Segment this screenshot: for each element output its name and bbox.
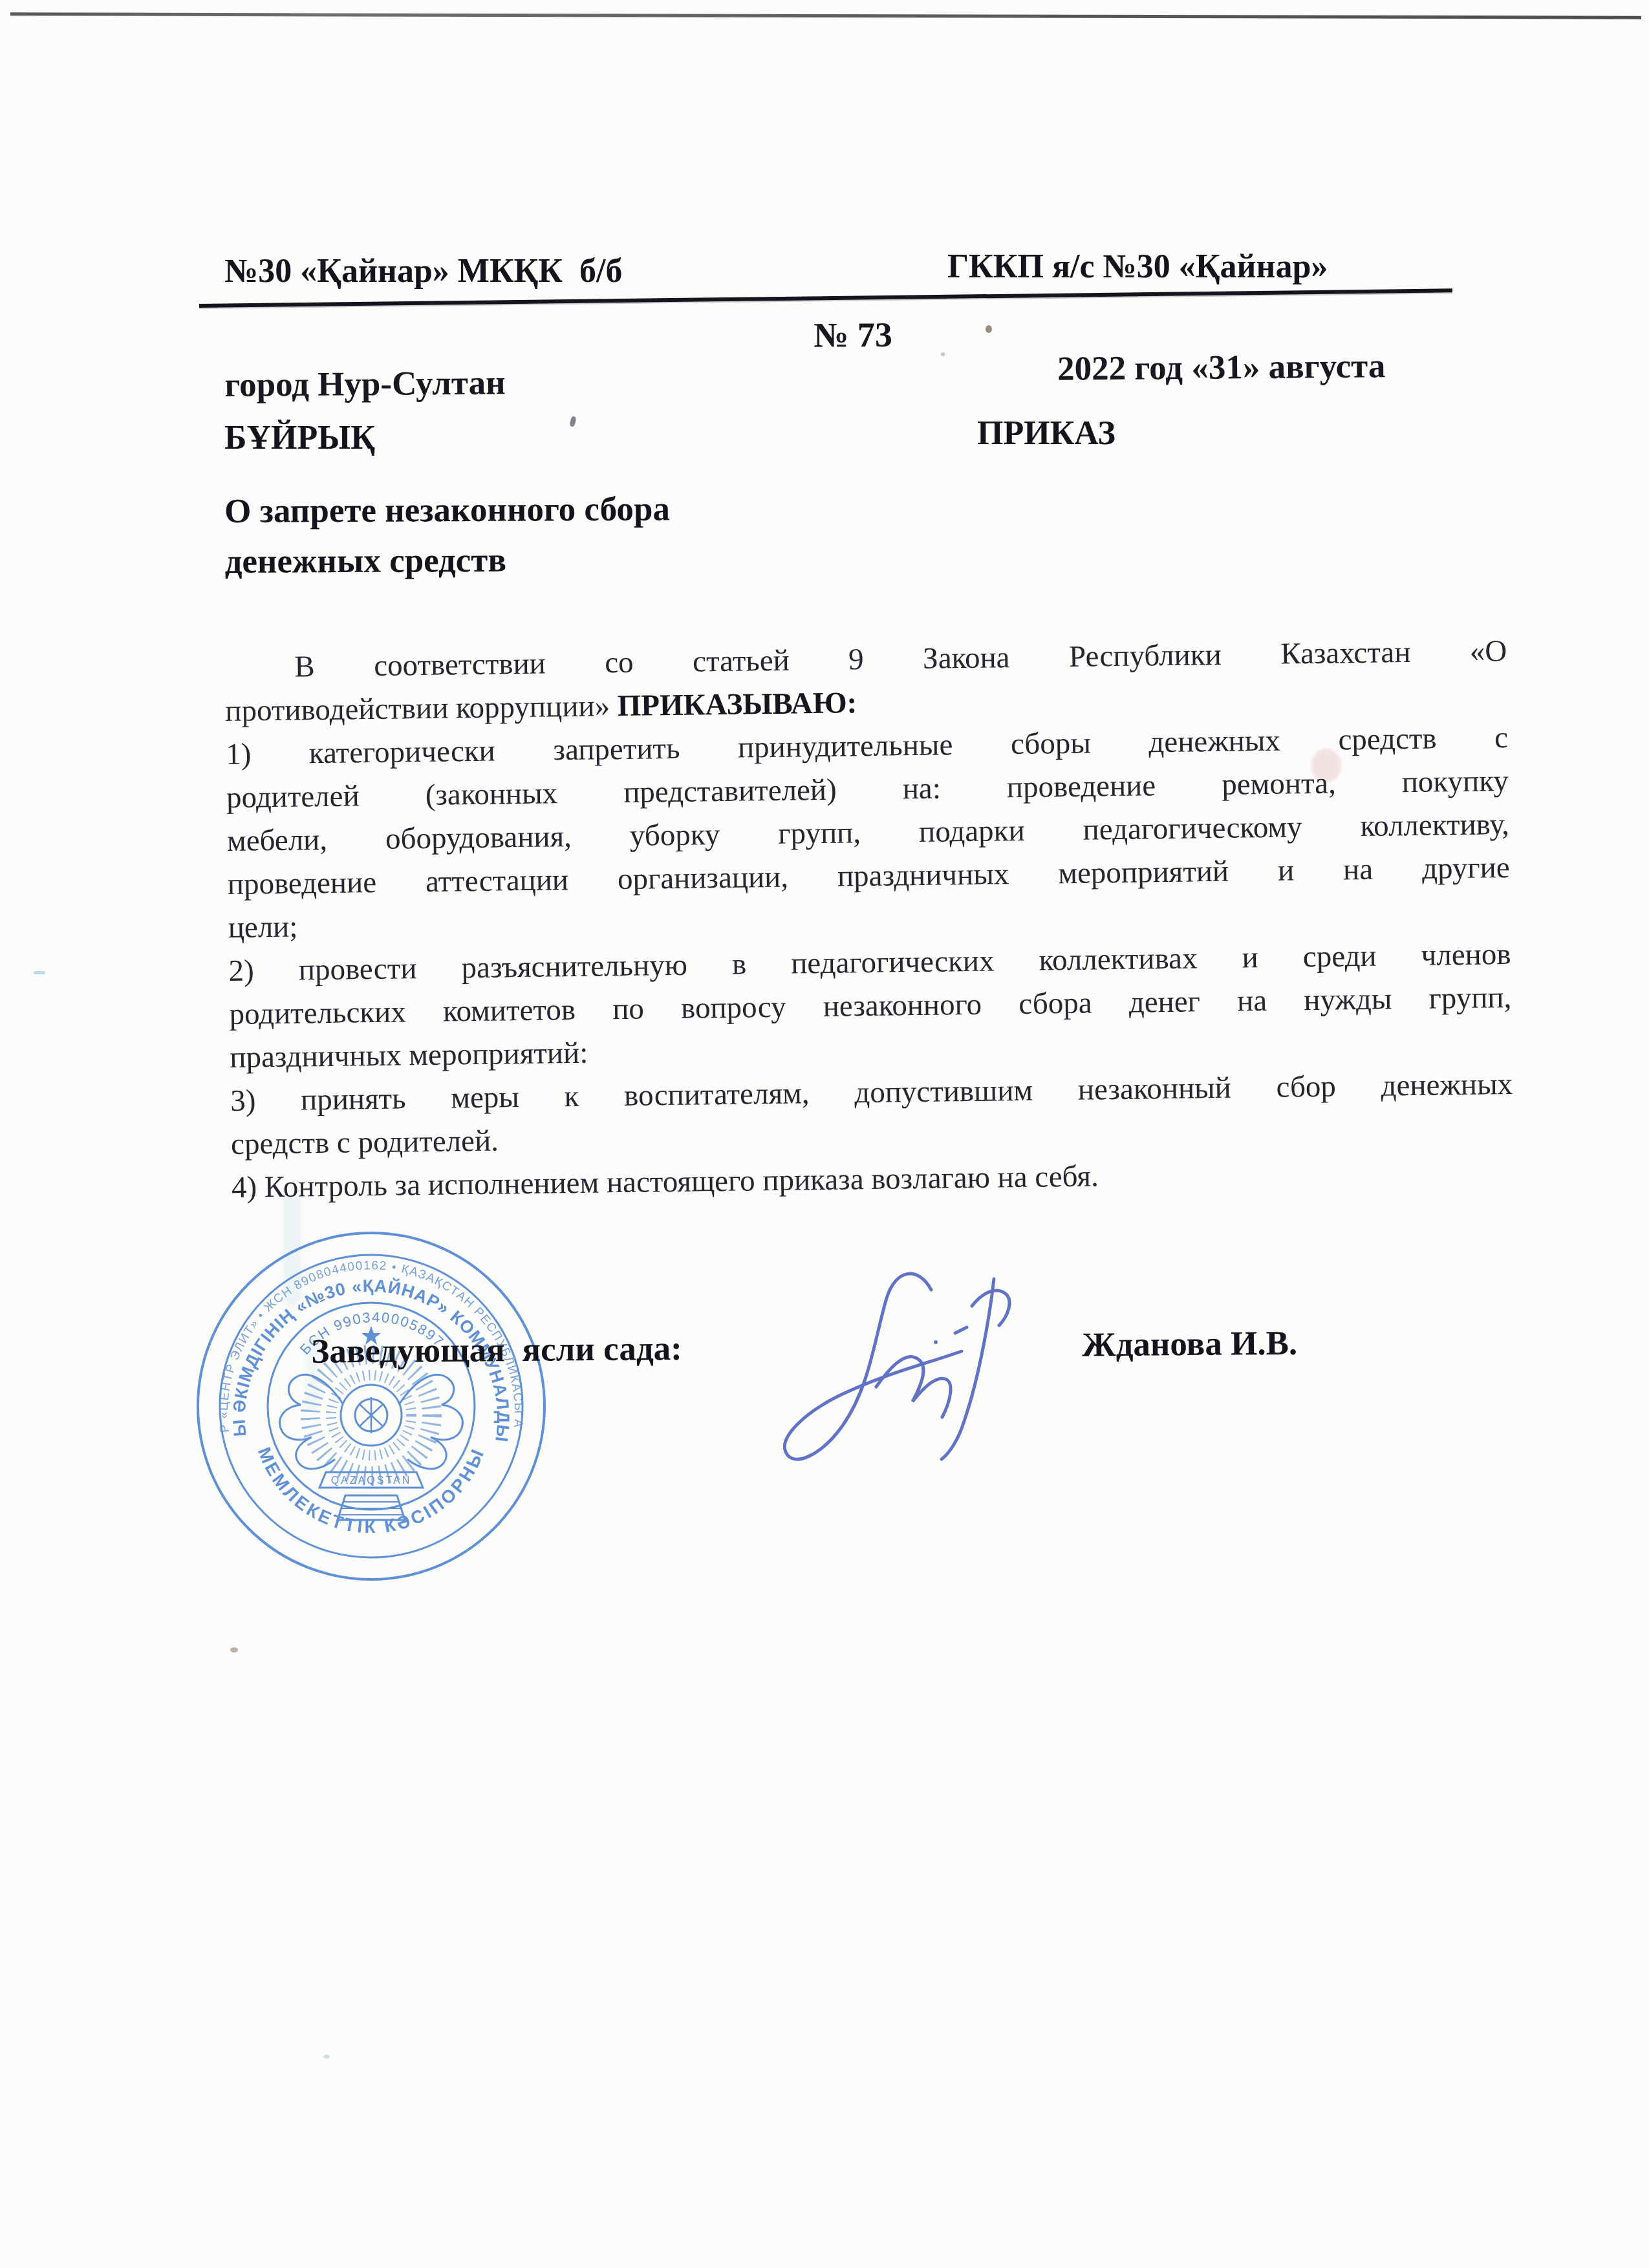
signature-ink: [766, 1254, 1077, 1513]
body-text: противодействии коррупции»: [225, 689, 618, 728]
signature-label: Заведующая ясли сада:: [311, 1329, 682, 1371]
subject-line: денежных средств: [224, 534, 670, 587]
stamp-emblem-label: QAZAQSTAN: [331, 1475, 412, 1486]
subject-line: О запрете незаконного сбора: [224, 484, 670, 537]
stamp-graphic: • ЖЕКЕ КӘСІПКЕР «ЦЕНТР ЭЛИТ» • ЖСН 89080…: [189, 1224, 554, 1589]
signature: [766, 1254, 1077, 1513]
order-number: № 73: [814, 315, 892, 356]
signature-row: Заведующая ясли сада: Жданова И.В.: [224, 1322, 1507, 1385]
scan-speck: [34, 971, 45, 974]
stamp-bottom-ring-text: МЕМЛЕКЕТТІК КӘСІПОРНЫ: [254, 1444, 489, 1537]
order-city: город Нур-Султан: [224, 363, 506, 405]
order-body: В соответствии со статьей 9 Закона Респу…: [224, 630, 1514, 1210]
order-word-russian: ПРИКАЗ: [947, 406, 1328, 462]
scanned-order-page: №30 «Қайнар» МКҚК б/б БҰЙРЫҚ ГККП я/с №3…: [0, 0, 1649, 2268]
order-subject: О запрете незаконного сбора денежных сре…: [224, 484, 670, 587]
order-word-kazakh: БҰЙРЫҚ: [224, 411, 622, 466]
org-name-russian: ГККП я/с №30 «Қайнар»: [947, 239, 1328, 295]
order-date: 2022 год «31» августа: [1057, 347, 1386, 388]
scan-speck: [230, 1647, 238, 1653]
signature-name: Жданова И.В.: [1082, 1324, 1297, 1365]
org-name-kazakh: №30 «Қайнар» МКҚК б/б: [224, 244, 622, 299]
scan-speck: [323, 2055, 330, 2059]
scan-edge-line: [10, 12, 1641, 19]
svg-text:МЕМЛЕКЕТТІК КӘСІПОРНЫ: МЕМЛЕКЕТТІК КӘСІПОРНЫ: [254, 1444, 489, 1537]
prikazyvayu-keyword: ПРИКАЗЫВАЮ:: [617, 686, 857, 723]
scan-speck: [941, 352, 945, 356]
official-stamp: • ЖЕКЕ КӘСІПКЕР «ЦЕНТР ЭЛИТ» • ЖСН 89080…: [189, 1224, 554, 1589]
